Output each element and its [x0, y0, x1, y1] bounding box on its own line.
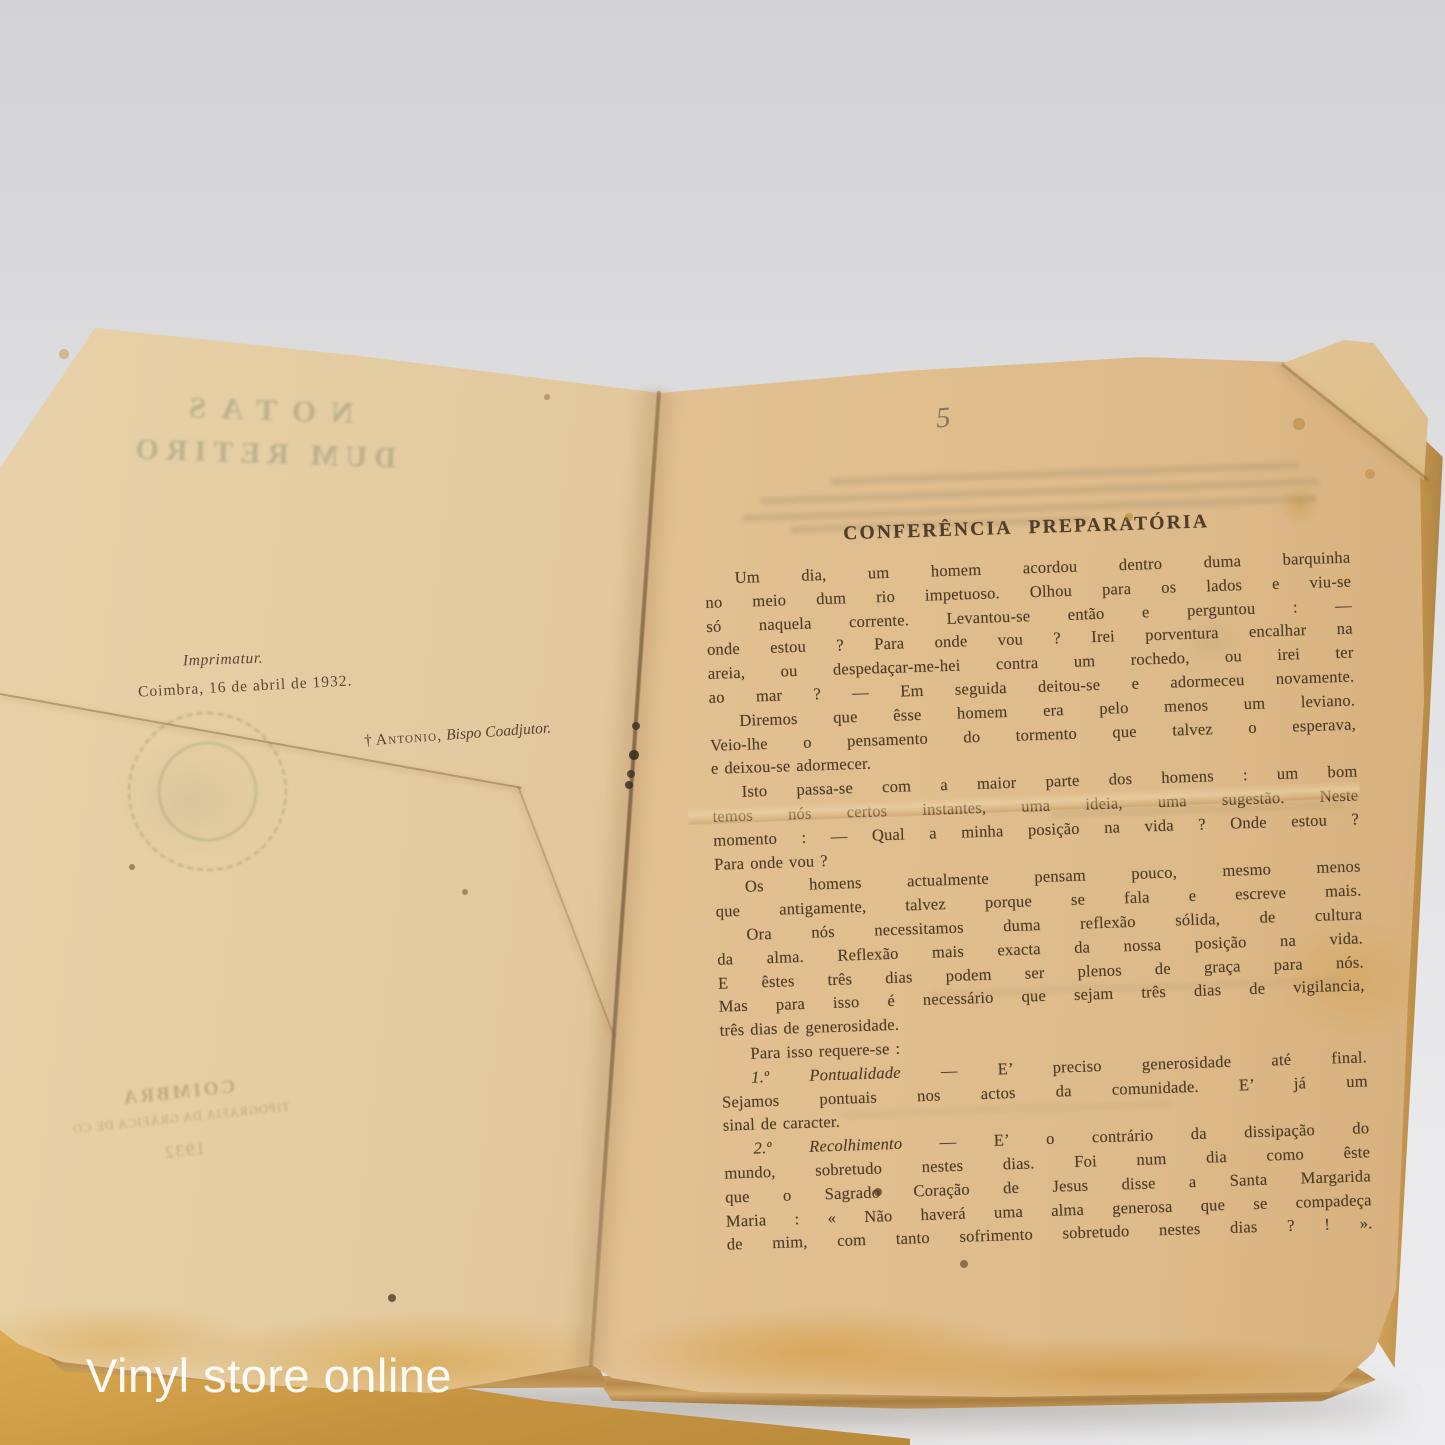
signature-title: Bispo Coadjutor.: [446, 719, 552, 743]
imprimatur-date: Coimbra, 16 de abril de 1932.: [138, 672, 353, 701]
ghost-title-line: DUM RETIRO: [57, 430, 468, 478]
item-label: 2.º Recolhimento: [753, 1134, 902, 1158]
stain-specks: [0, 0, 4, 4]
bishop-stamp-inner-ring: [158, 742, 257, 841]
ghost-title-line: NOTAS: [58, 385, 469, 435]
imprimatur-signature: † Antonio, Bispo Coadjutor.: [364, 719, 552, 750]
product-photo: NOTAS DUM RETIRO Imprimatur. Coimbra, 16…: [0, 0, 1445, 1445]
show-through-title: NOTAS DUM RETIRO: [57, 385, 470, 478]
item-label: 1.º Pontualidade: [751, 1062, 901, 1086]
imprimatur-label: Imprimatur.: [183, 650, 264, 671]
show-through-imprint: COIMBRA TIPOGRAFIA DA GRÁFICA DE CO 1932: [23, 1066, 340, 1177]
signature-name: Antonio,: [375, 727, 443, 749]
cross-icon: †: [364, 732, 373, 749]
page-text-column: CONFERÊNCIA PREPARATÓRIA Um dia, um home…: [703, 507, 1373, 1257]
page-number: 5: [935, 402, 952, 436]
watermark-text: Vinyl store online: [86, 1348, 452, 1403]
